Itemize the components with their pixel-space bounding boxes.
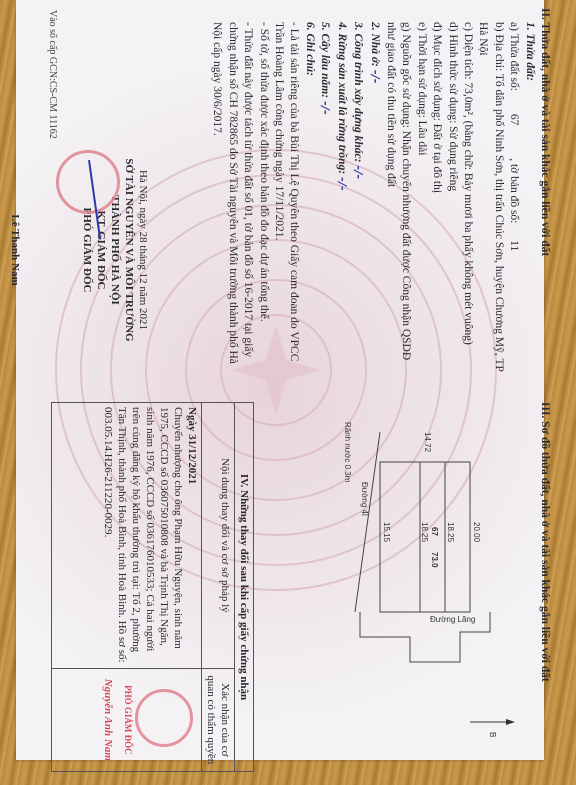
svg-text:67: 67 — [430, 527, 439, 536]
perennial-row: 5. Cây lâu năm: -/- — [317, 8, 333, 378]
notes-heading: 6. Ghi chú: — [302, 8, 317, 378]
use-term: e) Thời hạn sử dụng: Lâu dài — [413, 8, 428, 378]
section-iii: III. Sơ đồ thửa đất, nhà ở và tài sản kh… — [537, 402, 552, 772]
planted-forest-row: 4. Rừng sản xuất là rừng trồng: -/- — [333, 8, 349, 378]
confirm-cell: PHÓ GIÁM ĐỐC Nguyễn Anh Nam — [52, 668, 202, 771]
note-2: - Số tờ, số thửa được xác định theo bản … — [255, 8, 270, 378]
changes-table: IV. Những thay đổi sau khi cấp giấy chứn… — [51, 402, 254, 772]
svg-text:Đường Lãng: Đường Lãng — [430, 615, 475, 624]
house-row: 2. Nhà ở: -/- — [366, 8, 382, 378]
svg-text:18.25: 18.25 — [420, 522, 429, 543]
svg-text:18.25: 18.25 — [446, 522, 455, 543]
parcel-number-row: a) Thửa đất số: 67 , tờ bản đồ số: 11 — [506, 8, 521, 378]
svg-text:20.00: 20.00 — [472, 522, 481, 543]
map-sheet-number: 11 — [508, 226, 520, 251]
address: b) Địa chỉ: Tổ dân phố Ninh Sơn, thị trấ… — [475, 8, 506, 378]
col-header-content: Nội dung thay đổi và cơ sở pháp lý — [202, 403, 235, 669]
rotated-content: II. Thửa đất, nhà ở và tài sản khác gắn … — [32, 0, 560, 785]
note-3: - Thửa đất này được tách từ thửa đất số … — [209, 8, 255, 378]
entry-text: Chuyển nhượng cho ông Phạm Hữu Nguyện, s… — [101, 407, 185, 664]
signer-name: Lê Thanh Nam — [8, 150, 22, 350]
confirm-role: PHÓ GIÁM ĐỐC — [121, 673, 135, 767]
use-purpose: đ) Mục đích sử dụng: Đất ở tại đô thị — [429, 8, 444, 378]
svg-text:B: B — [488, 732, 497, 737]
confirm-stamp — [135, 689, 193, 747]
area: c) Diện tích: 73,0m², (bằng chữ: Bảy mươ… — [460, 8, 475, 378]
parcel-number: 67 — [508, 94, 520, 156]
svg-text:73.0: 73.0 — [430, 552, 439, 568]
col-header-confirm: Xác nhận của cơ quan có thẩm quyền — [202, 668, 235, 771]
section-ii-title: II. Thửa đất, nhà ở và tài sản khác gắn … — [537, 8, 552, 378]
svg-text:15.15: 15.15 — [382, 522, 391, 543]
other-works-row: 3. Công trình xây dựng khác: -/- — [350, 8, 366, 378]
land-heading: 1. Thửa đất: — [521, 8, 536, 378]
note-1: - Là tài sản riêng của bà Bùi Thị Lệ Quy… — [271, 8, 302, 378]
svg-text:14.72: 14.72 — [423, 432, 432, 453]
registry-number: Vào sổ cấp GCN:CS-CM 11162 — [45, 10, 60, 139]
section-iii-title: III. Sơ đồ thửa đất, nhà ở và tài sản kh… — [537, 402, 552, 772]
parcel-plot: 20.00 18.25 18.25 15.15 14.72 67 73.0 Đư… — [260, 402, 530, 772]
plot-diagram: 20.00 18.25 18.25 15.15 14.72 67 73.0 Đư… — [260, 402, 530, 772]
confirm-name: Nguyễn Anh Nam — [101, 673, 115, 767]
certificate-page: II. Thửa đất, nhà ở và tài sản khác gắn … — [16, 0, 544, 760]
entry-date: Ngày 31/12/2021 — [185, 407, 199, 664]
section-ii: II. Thửa đất, nhà ở và tài sản khác gắn … — [209, 8, 552, 378]
change-entry: Ngày 31/12/2021 Chuyển nhượng cho ông Ph… — [52, 403, 202, 669]
svg-text:Rãnh nước 0.3m: Rãnh nước 0.3m — [343, 422, 352, 483]
use-form: d) Hình thức sử dụng: Sử dụng riêng — [444, 8, 459, 378]
place-date: Hà Nội, ngày 28 tháng 12 năm 2021 — [136, 150, 150, 350]
land-origin: g) Nguồn gốc sử dụng: Nhận chuyển nhượng… — [383, 8, 414, 378]
section-iv-title: IV. Những thay đổi sau khi cấp giấy chứn… — [235, 403, 254, 772]
svg-text:Đường 4l: Đường 4l — [360, 482, 369, 516]
